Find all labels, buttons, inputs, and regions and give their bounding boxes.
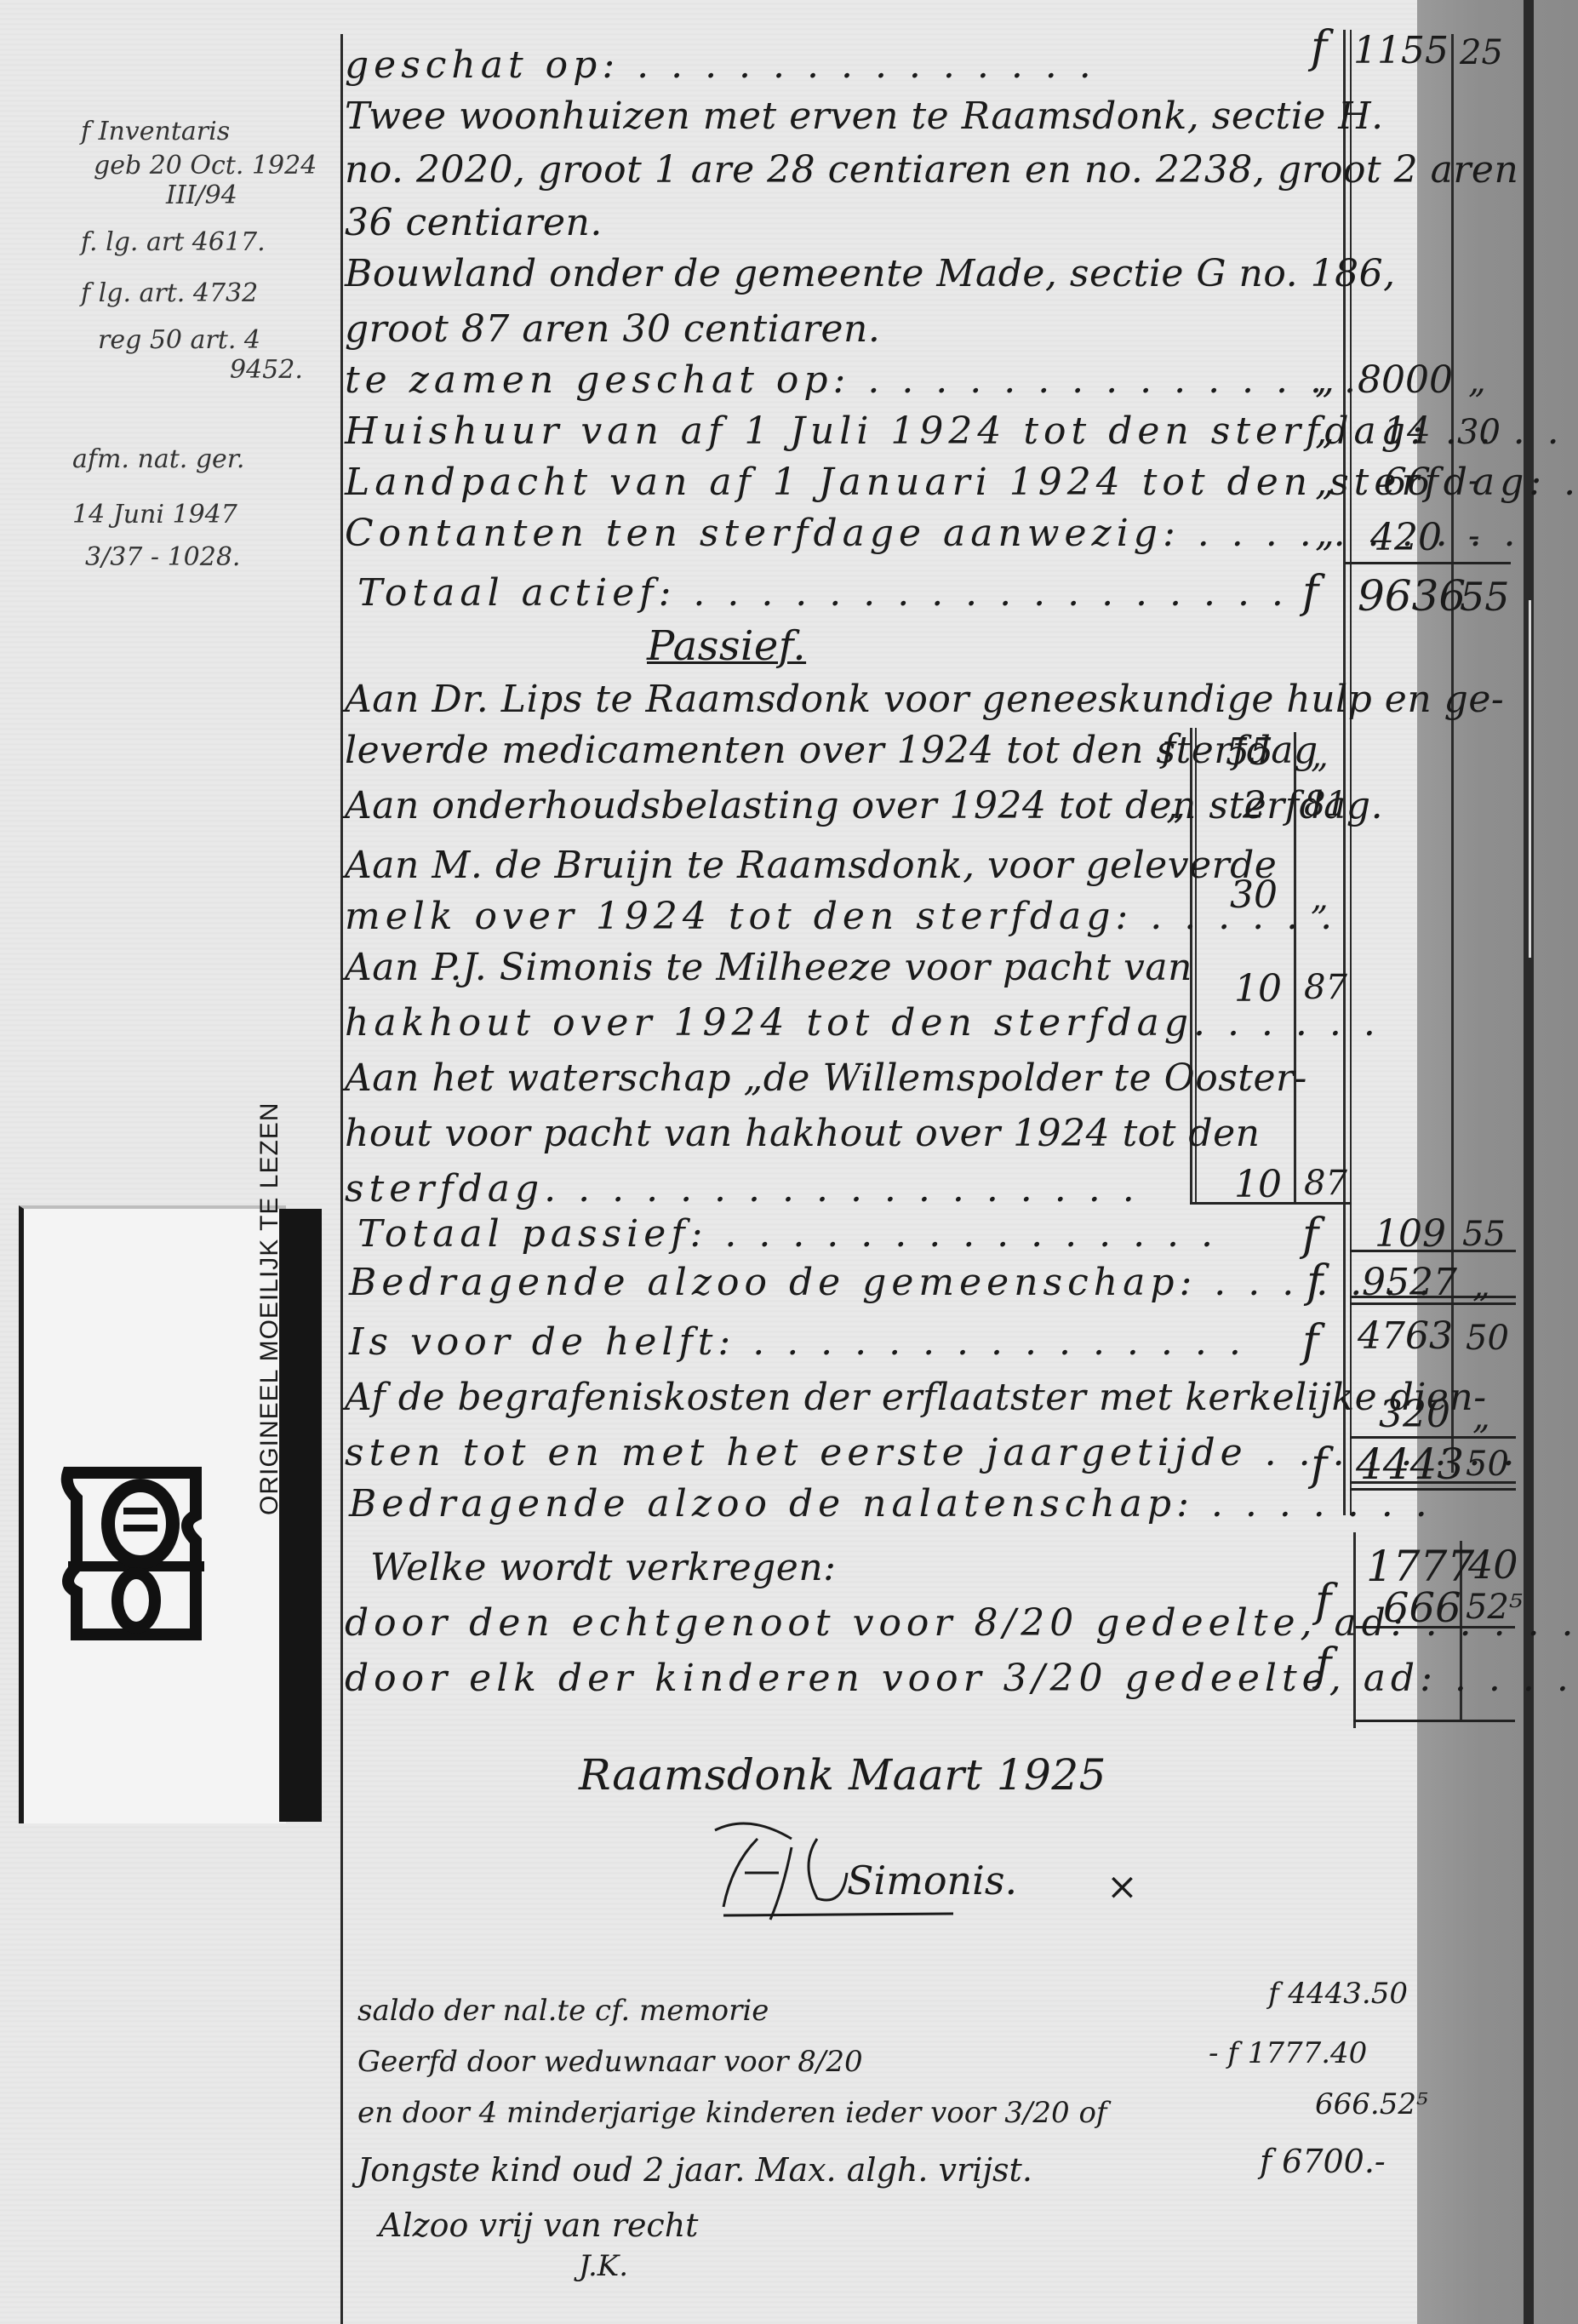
ditto-mark: „ xyxy=(1166,787,1186,825)
margin-note: f lg. art. 4732 xyxy=(81,281,258,306)
ledger-line: door elk der kinderen voor 3/20 gedeelte… xyxy=(345,1660,1578,1697)
scan-shadow-band xyxy=(1417,0,1578,2324)
guilder-sign: f xyxy=(1311,1443,1327,1487)
ledger-line: Bedragende alzoo de gemeenschap: . . . .… xyxy=(349,1264,1435,1302)
sub-amount-guilders: 10 xyxy=(1234,1166,1282,1204)
ledger-line: Aan M. de Bruijn te Raamsdonk, voor gele… xyxy=(345,847,1277,884)
signature-mark: × xyxy=(1106,1869,1138,1906)
ledger-line: hakhout over 1924 tot den sterfdag. . . … xyxy=(345,1005,1381,1042)
later-note-amount: f 4443.50 xyxy=(1268,1979,1408,2008)
ledger-line: melk over 1924 tot den sterfdag: . . . .… xyxy=(345,898,1337,936)
amount-guilders: 109 xyxy=(1375,1216,1446,1253)
amount-cents: 25 xyxy=(1460,36,1503,70)
binding-edge xyxy=(1524,0,1534,2324)
guilder-sign: f xyxy=(1302,1319,1318,1364)
ledger-line: geschat op: . . . . . . . . . . . . . . xyxy=(345,47,1096,84)
ledger-line: 36 centiaren. xyxy=(345,204,603,242)
ledger-line: Aan P.J. Simonis te Milheeze voor pacht … xyxy=(345,949,1192,987)
ledger-line: Af de begrafeniskosten der erflaatster m… xyxy=(345,1379,1487,1417)
margin-note: III/94 xyxy=(166,183,237,209)
ledger-total-line: Totaal actief: . . . . . . . . . . . . .… xyxy=(357,575,1289,612)
ledger-line: groot 87 aren 30 centiaren. xyxy=(345,311,880,348)
amount-guilders: 1155 xyxy=(1353,32,1449,70)
signature-icon: Simonis. xyxy=(698,1813,1081,1924)
margin-note: reg 50 art. 4 xyxy=(98,328,260,353)
amount-cents: „ xyxy=(1468,364,1486,398)
svg-text:Simonis.: Simonis. xyxy=(847,1857,1017,1903)
sub-amount-guilders: 55 xyxy=(1226,734,1273,771)
ditto-mark: „ xyxy=(1315,362,1335,399)
later-note: en door 4 minderjarige kinderen ieder vo… xyxy=(357,2098,1107,2127)
sub-amount-guilders: 30 xyxy=(1230,877,1278,914)
guilder-sign: f xyxy=(1311,26,1327,70)
guilder-sign: f xyxy=(1302,570,1318,615)
amount-guilders: 8000 xyxy=(1358,362,1453,399)
sub-amount-cents: 87 xyxy=(1304,970,1347,1005)
amount-guilders: 9527 xyxy=(1362,1264,1457,1302)
ledger-line: Is voor de helft: . . . . . . . . . . . … xyxy=(349,1324,1246,1361)
ledger-line: sterfdag. . . . . . . . . . . . . . . . … xyxy=(345,1171,1140,1208)
later-note-amount: - f 1777.40 xyxy=(1209,2039,1367,2068)
section-heading-passief: Passief. xyxy=(647,626,806,667)
amount-guilders: 420 xyxy=(1370,519,1442,557)
sub-amount-cents: 81 xyxy=(1304,787,1347,821)
ditto-mark: „ xyxy=(1315,464,1335,501)
ledger-line: sten tot en met het eerste jaargetijde .… xyxy=(345,1434,1519,1472)
ditto-mark: „ xyxy=(1315,413,1335,450)
ledger-line: Aan het waterschap „de Willemspolder te … xyxy=(345,1060,1307,1097)
signature-name: F.J. Simonis xyxy=(732,1864,742,1865)
margin-rule xyxy=(340,34,343,2324)
margin-note: f Inventaris xyxy=(81,119,230,145)
sub-amount-cents: „ xyxy=(1311,881,1329,915)
sub-amount-cents: „ xyxy=(1311,739,1329,773)
ledger-line: Aan Dr. Lips te Raamsdonk voor geneeskun… xyxy=(345,681,1504,718)
ledger-line: hout voor pacht van hakhout over 1924 to… xyxy=(345,1115,1260,1153)
sub-amount-guilders: 10 xyxy=(1234,970,1282,1008)
later-note-initials: J.K. xyxy=(579,2252,628,2281)
guilder-sign: f xyxy=(1315,1579,1331,1623)
amount-cents: 55 xyxy=(1460,577,1510,616)
amount-cents: - xyxy=(1468,464,1480,498)
amount-cents: 50 xyxy=(1466,1447,1509,1481)
later-note-amount: 666.52⁵ xyxy=(1315,2090,1428,2119)
amount-cents: 40 xyxy=(1468,1545,1518,1584)
place-date: Raamsdonk Maart 1925 xyxy=(579,1754,1106,1796)
margin-note: f. lg. art 4617. xyxy=(81,230,266,255)
ledger-line: Twee woonhuizen met erven te Raamsdonk, … xyxy=(345,98,1384,135)
margin-note: geb 20 Oct. 1924 xyxy=(94,153,317,179)
margin-note: 14 Juni 1947 xyxy=(72,502,237,528)
amount-cents: 30 xyxy=(1457,415,1501,449)
amount-cents: „ xyxy=(1472,1268,1490,1302)
amount-guilders: 666 xyxy=(1383,1588,1461,1629)
ledger-line: Contanten ten sterfdage aanwezig: . . . … xyxy=(345,515,1521,552)
guilder-sign: f xyxy=(1306,1260,1323,1304)
margin-note: 3/37 - 1028. xyxy=(85,545,240,570)
amount-cents: 50 xyxy=(1466,1321,1509,1355)
share-rule-2 xyxy=(1353,1720,1515,1722)
margin-note: 9452. xyxy=(230,358,303,383)
archive-book-logo-icon xyxy=(51,1464,221,1643)
amount-guilders: 4763 xyxy=(1358,1318,1453,1355)
guilder-sign: f xyxy=(1302,1213,1318,1257)
ledger-line: no. 2020, groot 1 are 28 centiaren en no… xyxy=(345,152,1518,189)
stamp-label: ORIGINEEL MOEILIJK TE LEZEN xyxy=(255,1102,284,1515)
sub-amount-cents: 87 xyxy=(1304,1166,1347,1200)
later-note: Jongste kind oud 2 jaar. Max. algh. vrij… xyxy=(357,2154,1032,2186)
ledger-total-line: Totaal passief: . . . . . . . . . . . . … xyxy=(357,1216,1218,1253)
later-note: Geerfd door weduwnaar voor 8/20 xyxy=(357,2047,863,2076)
later-note: saldo der nal.te cf. memorie xyxy=(357,1996,769,2025)
binding-highlight xyxy=(1529,600,1531,958)
amount-guilders: 1777 xyxy=(1366,1545,1474,1588)
guilder-sign: f xyxy=(1315,1643,1331,1687)
ledger-line: Aan onderhoudsbelasting over 1924 tot de… xyxy=(345,787,1383,825)
amount-cents: „ xyxy=(1472,1400,1490,1434)
amount-guilders: 66 xyxy=(1383,464,1431,501)
amount-guilders: 9636 xyxy=(1358,575,1466,617)
ledger-line: Welke wordt verkregen: xyxy=(370,1549,837,1587)
cents-divider-rule xyxy=(1451,34,1454,1473)
margin-note: afm. nat. ger. xyxy=(72,447,244,472)
later-note: Alzoo vrij van recht xyxy=(379,2209,698,2241)
guilder-sign: f xyxy=(1162,730,1176,768)
later-note-amount: f 6700.- xyxy=(1260,2145,1386,2178)
ditto-mark: „ xyxy=(1315,515,1335,552)
actief-subtotal-rule xyxy=(1345,562,1511,564)
amount-guilders: 14 xyxy=(1383,413,1431,450)
amount-guilders: 320 xyxy=(1379,1396,1450,1434)
amount-cents: 55 xyxy=(1462,1217,1506,1251)
stamp-shadow-edge xyxy=(279,1209,322,1822)
ledger-line: Bouwland onder de gemeente Made, sectie … xyxy=(345,255,1396,293)
amount-cents: - xyxy=(1468,519,1480,553)
amount-guilders: 4443 xyxy=(1356,1443,1464,1485)
sub-amount-guilders: 2 xyxy=(1243,787,1266,825)
ledger-total-line: Bedragende alzoo de nalatenschap: . . . … xyxy=(349,1485,1432,1523)
amount-cents: 52⁵ xyxy=(1466,1590,1523,1624)
ledger-line: te zamen geschat op: . . . . . . . . . .… xyxy=(345,362,1361,399)
